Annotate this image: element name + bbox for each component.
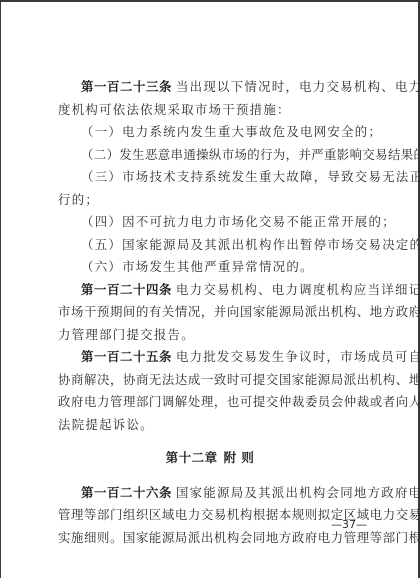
chapter-title: 附 则 — [224, 450, 255, 465]
article-123-line-2: 度机构可依法依规采取市场干预措施： — [58, 99, 362, 122]
chapter-heading: 第十二章附 则 — [58, 447, 362, 470]
document-body: 第一百二十三条当出现以下情况时，电力交易机构、电力调 度机构可依法依规采取市场干… — [58, 76, 362, 549]
page-number: —37— — [331, 518, 367, 531]
article-number: 第一百二十六条 — [81, 485, 172, 500]
article-123-line-1: 第一百二十三条当出现以下情况时，电力交易机构、电力调 — [58, 76, 362, 99]
article-125-line-4: 法院提起诉讼。 — [58, 414, 362, 437]
list-item-5: （五）国家能源局及其派出机构作出暂停市场交易决定的； — [58, 234, 362, 257]
article-125-line-3: 政府电力管理部门调解处理，也可提交仲裁委员会仲裁或者向人民 — [58, 391, 362, 414]
article-text: 电力交易机构、电力调度机构应当详细记录 — [176, 282, 420, 297]
list-item-3: （三）市场技术支持系统发生重大故障，导致交易无法正常进 — [58, 166, 362, 189]
list-item-2: （二）发生恶意串通操纵市场的行为，并严重影响交易结果的； — [58, 144, 362, 167]
article-124-line-2: 市场干预期间的有关情况，并向国家能源局派出机构、地方政府电 — [58, 301, 362, 324]
list-item-3-cont: 行的； — [58, 189, 362, 212]
article-number: 第一百二十四条 — [81, 282, 172, 297]
article-text: 当出现以下情况时，电力交易机构、电力调 — [176, 79, 420, 94]
list-item-1: （一）电力系统内发生重大事故危及电网安全的； — [58, 121, 362, 144]
article-126-line-3: 实施细则。国家能源局派出机构会同地方政府电力管理等部门根据 — [58, 527, 362, 550]
article-125-line-2: 协商解决，协商无法达成一致时可提交国家能源局派出机构、地方 — [58, 369, 362, 392]
article-126-line-2: 管理等部门组织区域电力交易机构根据本规则拟定区域电力交易 — [58, 504, 362, 527]
article-text: 电力批发交易发生争议时，市场成员可自行 — [176, 349, 420, 364]
list-item-6: （六）市场发生其他严重异常情况的。 — [58, 256, 362, 279]
list-item-4: （四）因不可抗力电力市场化交易不能正常开展的； — [58, 211, 362, 234]
chapter-number: 第十二章 — [166, 450, 218, 465]
article-number: 第一百二十三条 — [81, 79, 172, 94]
article-text: 国家能源局及其派出机构会同地方政府电力 — [176, 485, 420, 500]
article-124-line-3: 力管理部门提交报告。 — [58, 324, 362, 347]
article-124-line-1: 第一百二十四条电力交易机构、电力调度机构应当详细记录 — [58, 279, 362, 302]
document-page: 第一百二十三条当出现以下情况时，电力交易机构、电力调 度机构可依法依规采取市场干… — [0, 0, 420, 578]
article-number: 第一百二十五条 — [81, 349, 172, 364]
article-126-line-1: 第一百二十六条国家能源局及其派出机构会同地方政府电力 — [58, 482, 362, 505]
article-125-line-1: 第一百二十五条电力批发交易发生争议时，市场成员可自行 — [58, 346, 362, 369]
